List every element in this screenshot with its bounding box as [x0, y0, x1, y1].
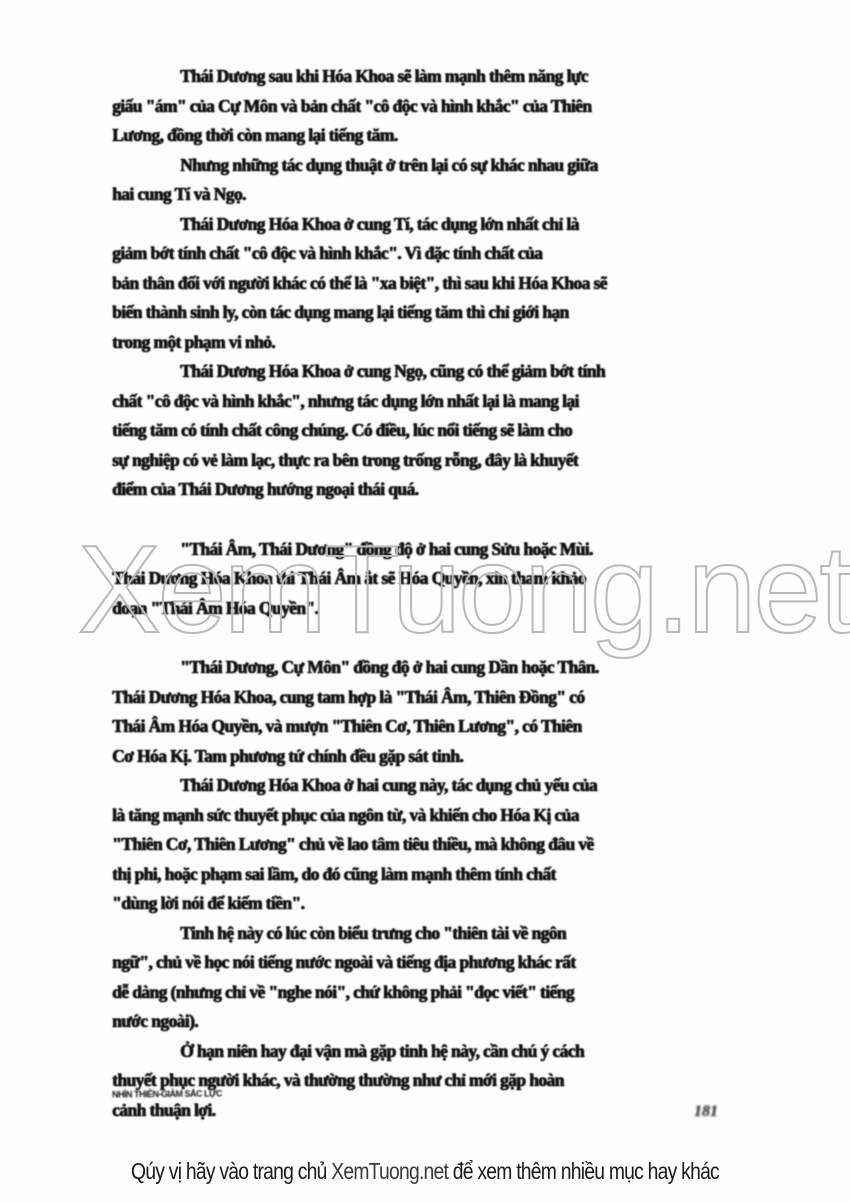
text-line: Tinh hệ này có lúc còn biểu trưng cho "t…: [112, 919, 734, 949]
book-body-text: Thái Dương sau khi Hóa Khoa sẽ làm mạnh …: [112, 62, 734, 1125]
text-line: "Thái Âm, Thái Dương" đồng độ ở hai cung…: [112, 535, 734, 565]
text-line: Lương, đồng thời còn mang lại tiếng tăm.: [112, 121, 734, 151]
text-line: "dùng lời nói để kiếm tiền".: [112, 889, 734, 919]
text-line: Thái Dương Hóa Khoa, cung tam hợp là "Th…: [112, 683, 734, 713]
paragraph: Thái Dương Hóa Khoa ở cung Tí, tác dụng …: [112, 210, 734, 358]
site-home-link[interactable]: XemTuong.net: [331, 1158, 448, 1184]
text-line: Thái Dương Hóa Khoa ở cung Tí, tác dụng …: [112, 210, 734, 240]
text-line: "Thái Dương, Cự Môn" đồng độ ở hai cung …: [112, 653, 734, 683]
text-line: đoạn "Thái Âm Hóa Quyền".: [112, 594, 734, 624]
text-line: giấu "ám" của Cự Môn và bản chất "cô độc…: [112, 92, 734, 122]
text-line: Ở hạn niên hay đại vận mà gặp tinh hệ nà…: [112, 1037, 734, 1067]
text-line: thị phi, hoặc phạm sai lầm, do đó cũng l…: [112, 860, 734, 890]
page-number: 181: [694, 1103, 718, 1121]
text-line: sự nghiệp có vẻ làm lạc, thực ra bên tro…: [112, 446, 734, 476]
paragraph: Ở hạn niên hay đại vận mà gặp tinh hệ nà…: [112, 1037, 734, 1126]
text-line: ngữ", chủ về học nói tiếng nước ngoài và…: [112, 948, 734, 978]
text-line: tiếng tăm có tính chất công chúng. Có đi…: [112, 416, 734, 446]
text-line: nước ngoài).: [112, 1007, 734, 1037]
text-line: trong một phạm vi nhỏ.: [112, 328, 734, 358]
text-line: Thái Dương Hóa Khoa ở cung Ngọ, cũng có …: [112, 357, 734, 387]
paragraph: Nhưng những tác dụng thuật ở trên lại có…: [112, 151, 734, 210]
text-line: giảm bớt tính chất "cô độc và hình khắc"…: [112, 239, 734, 269]
book-running-footer: Nhìn thiên-Giảm sắc lực: [112, 1088, 222, 1099]
text-line: Thái Âm Hóa Quyền, và mượn "Thiên Cơ, Th…: [112, 712, 734, 742]
paragraph: Thái Dương Hóa Khoa ở cung Ngọ, cũng có …: [112, 357, 734, 505]
text-line: Cơ Hóa Kị. Tam phương tứ chính đều gặp s…: [112, 742, 734, 772]
scanned-book-page: Thái Dương sau khi Hóa Khoa sẽ làm mạnh …: [0, 0, 850, 1202]
text-line: là tăng mạnh sức thuyết phục của ngôn từ…: [112, 801, 734, 831]
text-line: Nhưng những tác dụng thuật ở trên lại có…: [112, 151, 734, 181]
paragraph-gap: [112, 505, 734, 535]
paragraph: "Thái Âm, Thái Dương" đồng độ ở hai cung…: [112, 535, 734, 624]
paragraph: Thái Dương sau khi Hóa Khoa sẽ làm mạnh …: [112, 62, 734, 151]
paragraph-gap: [112, 623, 734, 653]
text-line: biến thành sinh ly, còn tác dụng mang lạ…: [112, 298, 734, 328]
text-line: Thái Dương Hóa Khoa thì Thái Âm ắt sẽ Hó…: [112, 564, 734, 594]
text-line: cảnh thuận lợi.: [112, 1096, 734, 1126]
text-line: dễ dàng (nhưng chỉ về "nghe nói", chứ kh…: [112, 978, 734, 1008]
paragraph: Thái Dương Hóa Khoa ở hai cung này, tác …: [112, 771, 734, 919]
text-line: Thái Dương Hóa Khoa ở hai cung này, tác …: [112, 771, 734, 801]
text-line: bản thân đối với người khác có thể là "x…: [112, 269, 734, 299]
text-line: "Thiên Cơ, Thiên Lương" chủ về lao tâm t…: [112, 830, 734, 860]
paragraph: Tinh hệ này có lúc còn biểu trưng cho "t…: [112, 919, 734, 1037]
paragraph: "Thái Dương, Cự Môn" đồng độ ở hai cung …: [112, 653, 734, 771]
text-line: Thái Dương sau khi Hóa Khoa sẽ làm mạnh …: [112, 62, 734, 92]
site-banner-prefix: Qúy vị hãy vào trang chủ: [131, 1158, 331, 1184]
text-line: hai cung Tí và Ngọ.: [112, 180, 734, 210]
text-line: điểm của Thái Dương hướng ngoại thái quá…: [112, 475, 734, 505]
site-banner: Qúy vị hãy vào trang chủ XemTuong.net để…: [68, 1158, 782, 1185]
site-banner-suffix: để xem thêm nhiều mục hay khác: [448, 1158, 719, 1184]
text-line: chất "cô độc và hình khắc", nhưng tác dụ…: [112, 387, 734, 417]
